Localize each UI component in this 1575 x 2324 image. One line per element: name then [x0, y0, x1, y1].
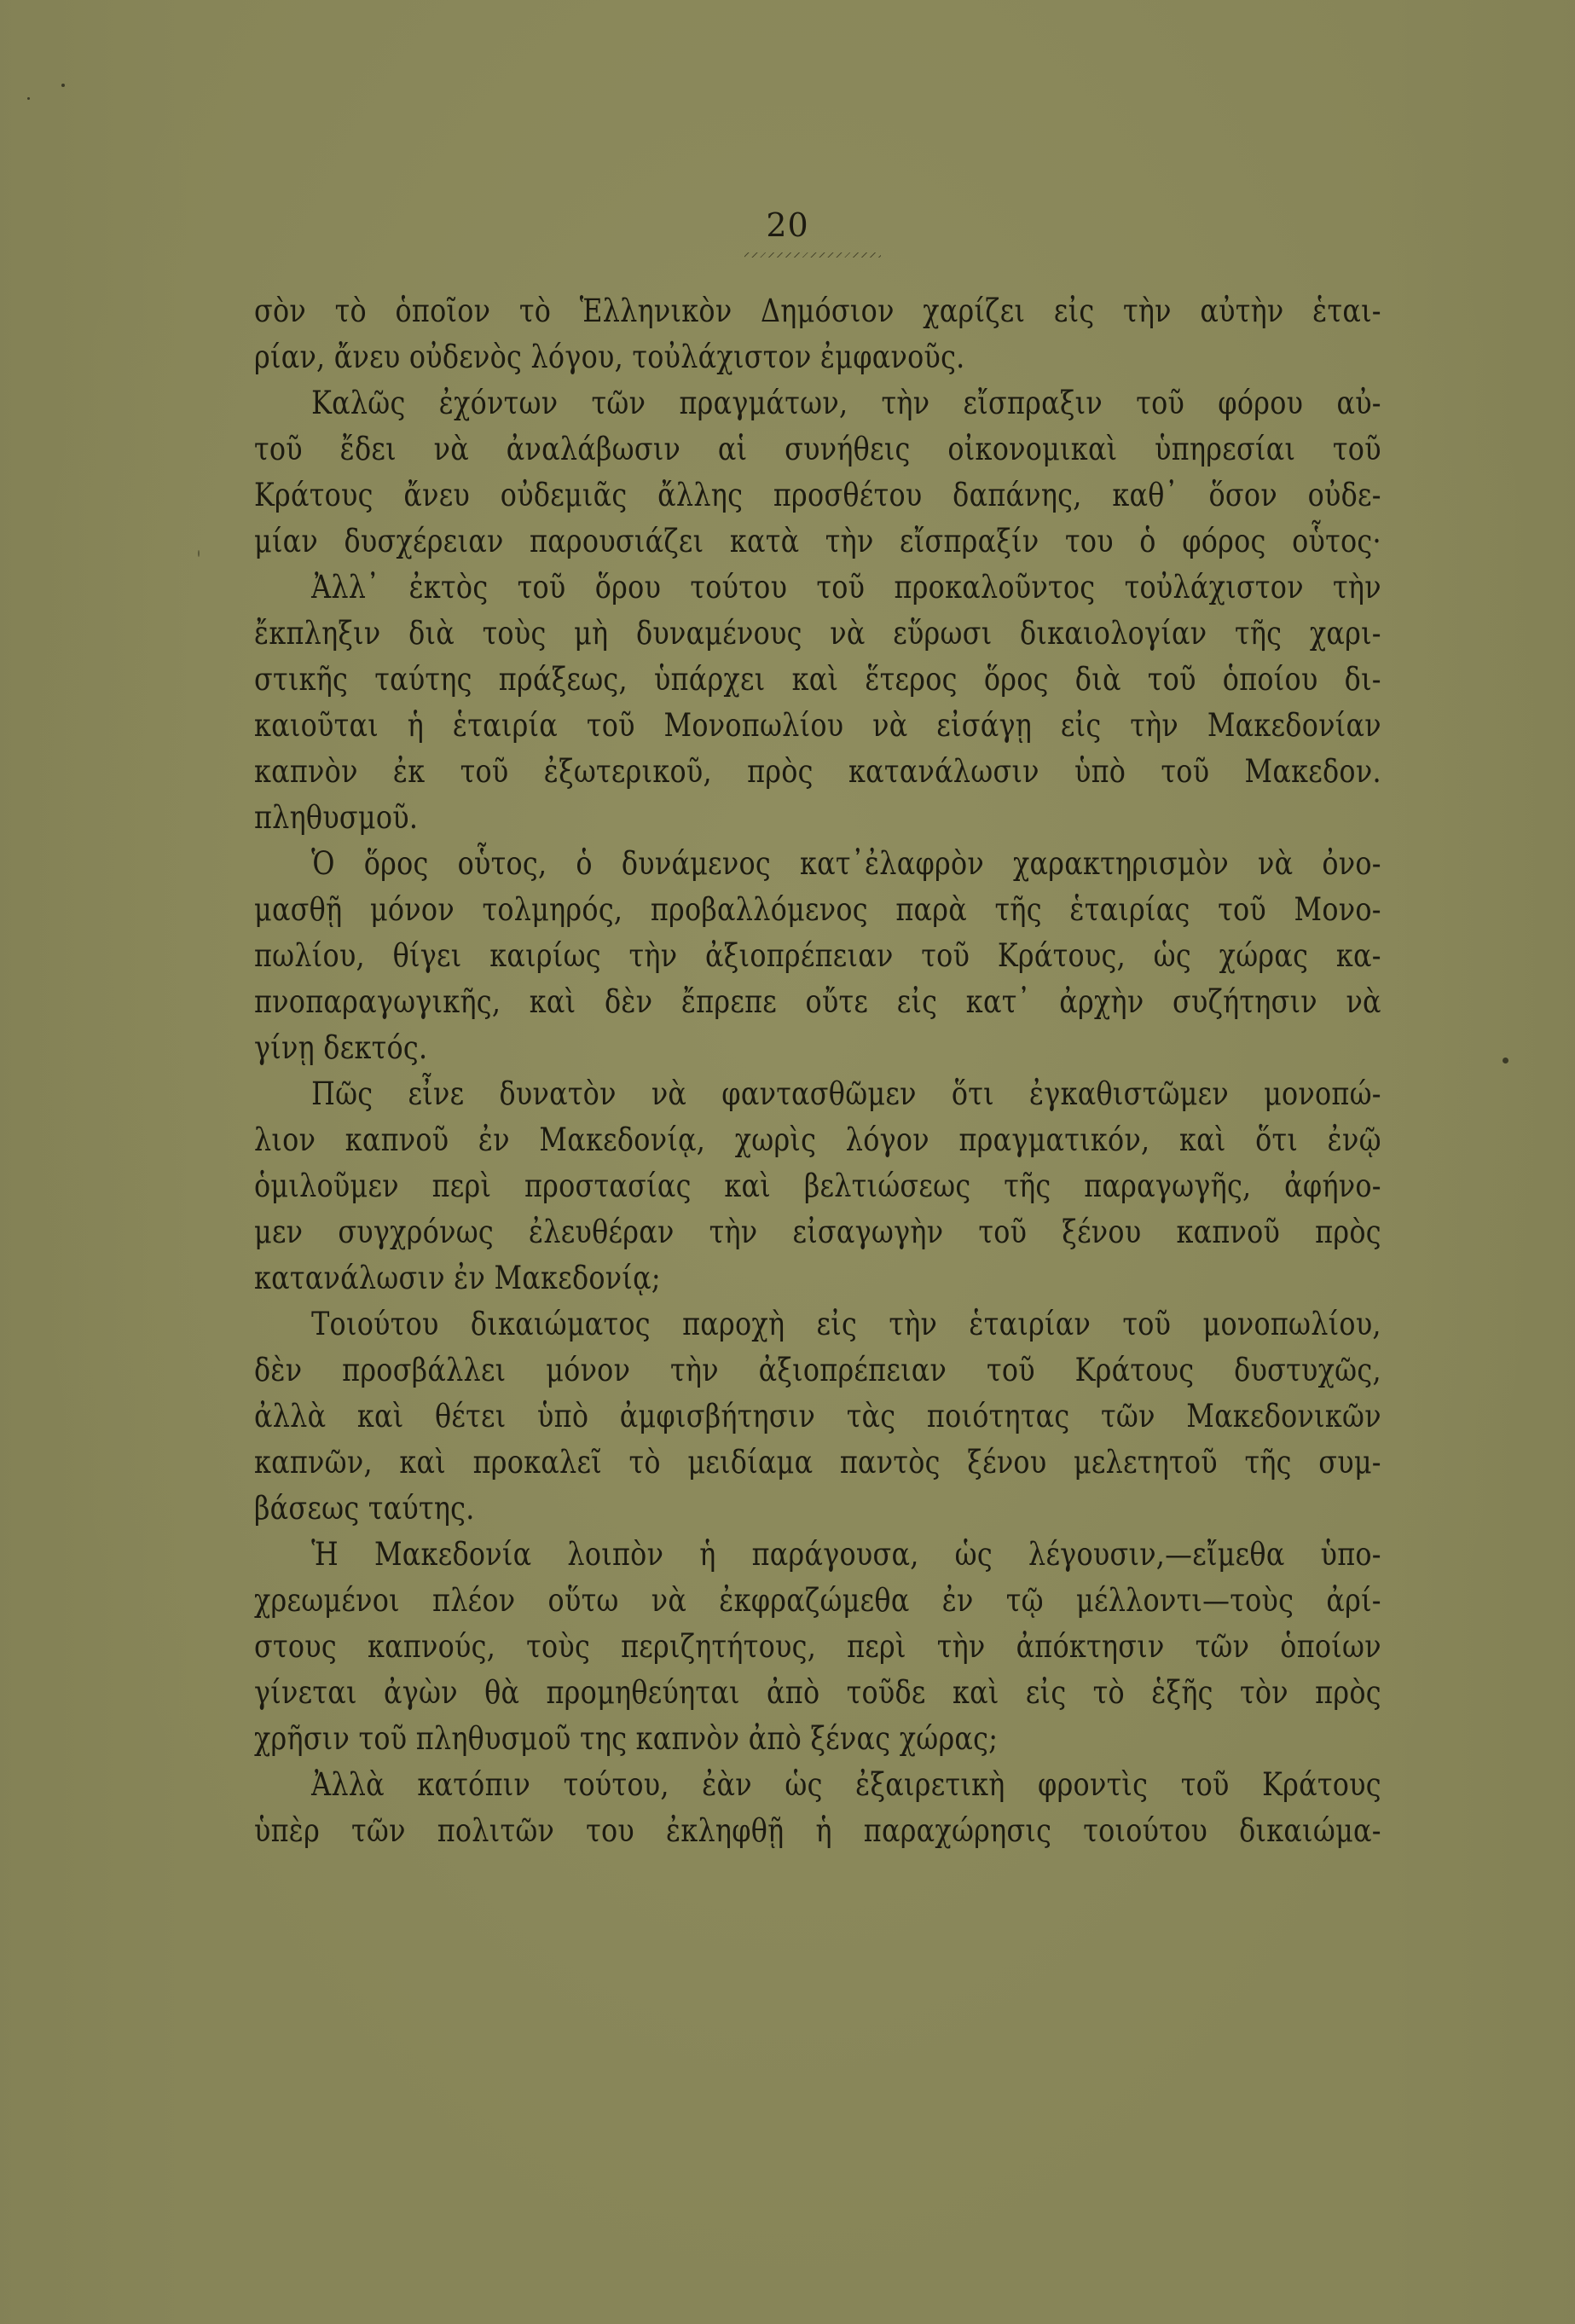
page-number-ornament-rule [744, 252, 881, 258]
text-line: Κράτους ἄνευ οὐδεμιᾶς ἄλλης προσθέτου δα… [254, 472, 1381, 519]
paragraph-first-line: Ἀλλὰ κατόπιν τούτου, ἐὰν ὡς ἐξαιρετικὴ φ… [254, 1762, 1381, 1808]
text-line: λιον καπνοῦ ἐν Μακεδονίᾳ, χωρὶς λόγον πρ… [254, 1117, 1381, 1163]
paper-speck [61, 84, 65, 87]
text-line: δὲν προσβάλλει μόνον τὴν ἀξιοπρέπειαν το… [254, 1347, 1381, 1394]
body-text: σὸν τὸ ὁποῖον τὸ Ἑλληνικὸν Δημόσιον χαρί… [254, 288, 1381, 1854]
text-line: πληθυσμοῦ. [254, 795, 1381, 841]
text-line: ρίαν, ἄνευ οὐδενὸς λόγου, τοὐλάχιστον ἐμ… [254, 334, 1381, 380]
paragraph-first-line: Καλῶς ἐχόντων τῶν πραγμάτων, τὴν εἴσπραξ… [254, 380, 1381, 426]
text-line: στικῆς ταύτης πράξεως, ὑπάρχει καὶ ἕτερο… [254, 657, 1381, 703]
text-line: πνοπαραγωγικῆς, καὶ δὲν ἔπρεπε οὔτε εἰς … [254, 979, 1381, 1025]
text-line: καπνὸν ἐκ τοῦ ἐξωτερικοῦ, πρὸς κατανάλωσ… [254, 749, 1381, 795]
paragraph-first-line: Τοιούτου δικαιώματος παροχὴ εἰς τὴν ἑται… [254, 1301, 1381, 1347]
text-line: ὑπὲρ τῶν πολιτῶν του ἐκληφθῇ ἡ παραχώρησ… [254, 1808, 1381, 1854]
text-line: καιοῦται ἡ ἑταιρία τοῦ Μονοπωλίου νὰ εἰσ… [254, 703, 1381, 749]
text-line: τοῦ ἔδει νὰ ἀναλάβωσιν αἱ συνήθεις οἰκον… [254, 426, 1381, 472]
text-line: καπνῶν, καὶ προκαλεῖ τὸ μειδίαμα παντὸς … [254, 1440, 1381, 1486]
paragraph-first-line: Ἀλλ᾽ ἐκτὸς τοῦ ὅρου τούτου τοῦ προκαλοῦν… [254, 565, 1381, 611]
text-line: βάσεως ταύτης. [254, 1486, 1381, 1532]
paper-speck [1503, 1058, 1508, 1063]
text-line: χρῆσιν τοῦ πληθυσμοῦ της καπνὸν ἀπὸ ξένα… [254, 1716, 1381, 1762]
page-number: 20 [0, 206, 1575, 244]
text-line: μεν συγχρόνως ἐλευθέραν τὴν εἰσαγωγὴν το… [254, 1209, 1381, 1255]
text-line: χρεωμένοι πλέον οὕτω νὰ ἐκφραζώμεθα ἐν τ… [254, 1578, 1381, 1624]
text-line: κατανάλωσιν ἐν Μακεδονίᾳ; [254, 1255, 1381, 1301]
paper-speck [198, 550, 200, 557]
paragraph-first-line: Πῶς εἶνε δυνατὸν νὰ φαντασθῶμεν ὅτι ἐγκα… [254, 1071, 1381, 1117]
text-line: γίνῃ δεκτός. [254, 1025, 1381, 1071]
text-line: σὸν τὸ ὁποῖον τὸ Ἑλληνικὸν Δημόσιον χαρί… [254, 288, 1381, 334]
text-line: ἀλλὰ καὶ θέτει ὑπὸ ἀμφισβήτησιν τὰς ποιό… [254, 1394, 1381, 1440]
text-line: ἔκπληξιν διὰ τοὺς μὴ δυναμένους νὰ εὕρωσ… [254, 611, 1381, 657]
text-line: στους καπνούς, τοὺς περιζητήτους, περὶ τ… [254, 1624, 1381, 1670]
paper-speck [27, 97, 30, 100]
text-line: γίνεται ἀγὼν θὰ προμηθεύηται ἀπὸ τοῦδε κ… [254, 1670, 1381, 1716]
text-line: πωλίου, θίγει καιρίως τὴν ἀξιοπρέπειαν τ… [254, 933, 1381, 979]
paragraph-first-line: Ὁ ὅρος οὗτος, ὁ δυνάμενος κατ᾽ἐλαφρὸν χα… [254, 841, 1381, 887]
text-line: μίαν δυσχέρειαν παρουσιάζει κατὰ τὴν εἴσ… [254, 519, 1381, 565]
text-line: μασθῇ μόνον τολμηρός, προβαλλόμενος παρὰ… [254, 887, 1381, 933]
text-line: ὁμιλοῦμεν περὶ προστασίας καὶ βελτιώσεως… [254, 1163, 1381, 1209]
paragraph-first-line: Ἡ Μακεδονία λοιπὸν ἡ παράγουσα, ὡς λέγου… [254, 1532, 1381, 1578]
